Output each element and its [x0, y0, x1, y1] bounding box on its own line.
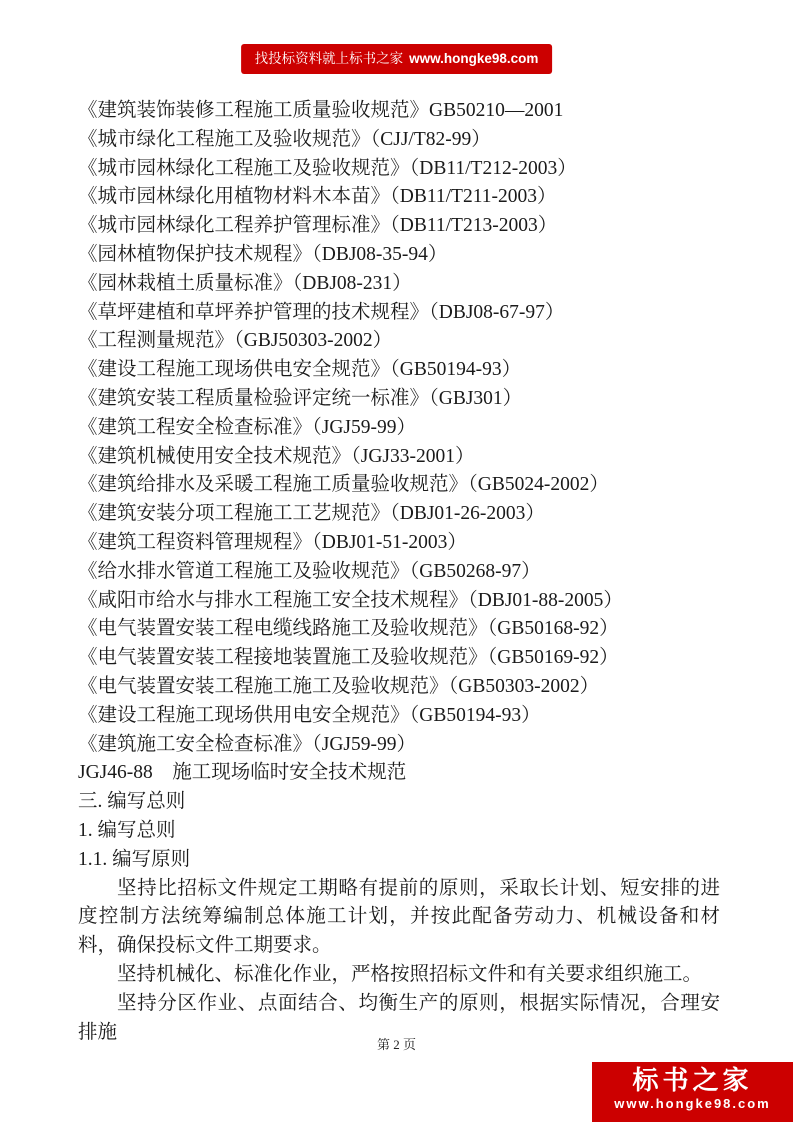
standard-line: 《园林栽植土质量标准》（DBJ08-231） — [78, 270, 720, 299]
standard-line: 《建筑工程安全检查标准》（JGJ59-99） — [78, 414, 720, 443]
sub-heading-1: 1. 编写总则 — [78, 817, 720, 846]
standard-line: 《城市绿化工程施工及验收规范》（CJJ/T82-99） — [78, 126, 720, 155]
standard-line: 《电气装置安装工程电缆线路施工及验收规范》（GB50168-92） — [78, 615, 720, 644]
standard-line: JGJ46-88 施工现场临时安全技术规范 — [78, 759, 720, 788]
standard-line: 《工程测量规范》（GBJ50303-2002） — [78, 327, 720, 356]
standard-line: 《咸阳市给水与排水工程施工安全技术规程》（DBJ01-88-2005） — [78, 587, 720, 616]
document-body: 《建筑装饰装修工程施工质量验收规范》GB50210—2001《城市绿化工程施工及… — [78, 97, 720, 1047]
standard-line: 《建筑工程资料管理规程》（DBJ01-51-2003） — [78, 529, 720, 558]
standard-line: 《城市园林绿化用植物材料木本苗》（DB11/T211-2003） — [78, 183, 720, 212]
standard-line: 《草坪建植和草坪养护管理的技术规程》（DBJ08-67-97） — [78, 299, 720, 328]
standard-line: 《建筑机械使用安全技术规范》（JGJ33-2001） — [78, 443, 720, 472]
standard-line: 《城市园林绿化工程养护管理标准》（DB11/T213-2003） — [78, 212, 720, 241]
footer-watermark-url: www.hongke98.com — [592, 1096, 793, 1112]
paragraph: 坚持机械化、标准化作业，严格按照招标文件和有关要求组织施工。 — [78, 961, 720, 990]
standard-line: 《建筑给排水及采暖工程施工质量验收规范》（GB5024-2002） — [78, 471, 720, 500]
footer-watermark-badge[interactable]: 标书之家 www.hongke98.com — [592, 1062, 793, 1122]
standard-line: 《电气装置安装工程接地装置施工及验收规范》（GB50169-92） — [78, 644, 720, 673]
sub-heading-2: 1.1. 编写原则 — [78, 846, 720, 875]
standard-line: 《建筑安装工程质量检验评定统一标准》（GBJ301） — [78, 385, 720, 414]
header-watermark-text: 找投标资料就上标书之家 — [255, 51, 404, 66]
paragraph: 坚持比招标文件规定工期略有提前的原则，采取长计划、短安排的进度控制方法统筹编制总… — [78, 875, 720, 961]
standard-line: 《建筑施工安全检查标准》（JGJ59-99） — [78, 731, 720, 760]
standard-line: 《给水排水管道工程施工及验收规范》（GB50268-97） — [78, 558, 720, 587]
standard-line: 《建筑装饰装修工程施工质量验收规范》GB50210—2001 — [78, 97, 720, 126]
footer-watermark-brand: 标书之家 — [592, 1067, 793, 1096]
standard-line: 《城市园林绿化工程施工及验收规范》（DB11/T212-2003） — [78, 155, 720, 184]
standards-list: 《建筑装饰装修工程施工质量验收规范》GB50210—2001《城市绿化工程施工及… — [78, 97, 720, 788]
section-heading: 三. 编写总则 — [78, 788, 720, 817]
standard-line: 《电气装置安装工程施工施工及验收规范》（GB50303-2002） — [78, 673, 720, 702]
standard-line: 《建设工程施工现场供用电安全规范》（GB50194-93） — [78, 702, 720, 731]
page-number: 第 2 页 — [0, 1034, 793, 1053]
header-watermark-badge[interactable]: 找投标资料就上标书之家www.hongke98.com — [241, 44, 553, 74]
header-watermark-url: www.hongke98.com — [409, 51, 538, 66]
standard-line: 《建筑安装分项工程施工工艺规范》（DBJ01-26-2003） — [78, 500, 720, 529]
standard-line: 《园林植物保护技术规程》（DBJ08-35-94） — [78, 241, 720, 270]
document-page: 找投标资料就上标书之家www.hongke98.com 《建筑装饰装修工程施工质… — [0, 0, 793, 1122]
standard-line: 《建设工程施工现场供电安全规范》（GB50194-93） — [78, 356, 720, 385]
